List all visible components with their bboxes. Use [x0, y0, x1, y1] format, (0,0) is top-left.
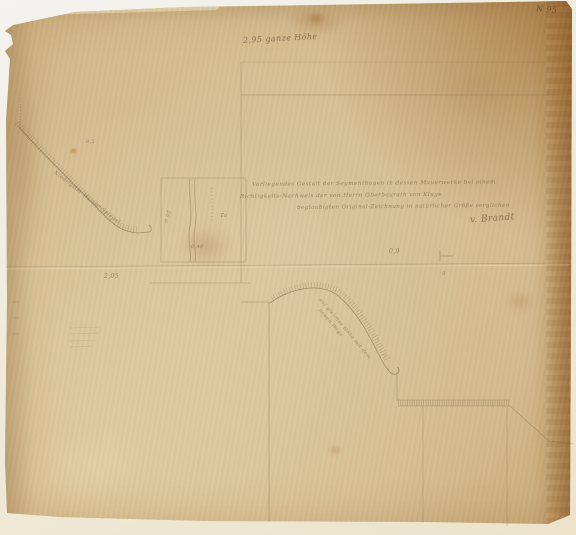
right-edge-band [546, 1, 572, 530]
scanned-drawing-sheet: N 95 2,95 ganze Höhe Vorliegendes Gestal… [0, 0, 576, 535]
dim-2-05: 2,05 [104, 273, 119, 280]
dim-0-5: 0,5 [86, 139, 95, 145]
paper-texture [5, 1, 572, 530]
dim-9: 9 [442, 271, 446, 277]
dim-0-9: 0,9 [389, 248, 400, 255]
stain-upper-right-soft [435, 61, 525, 121]
gauge-mark-label: Ta [220, 213, 227, 219]
stain-top-center-dark [307, 12, 325, 24]
stain-right-middle [505, 289, 535, 313]
stain-bottom-center [328, 444, 343, 456]
stain-red-dot [70, 148, 77, 154]
archive-number: N 95 [536, 4, 558, 14]
aged-paper [5, 1, 572, 530]
light-patch-bottom-left [20, 426, 150, 511]
top-edge-sliver [9, 1, 219, 16]
shade-left-edge [11, 56, 43, 266]
stain-smudge-midleft [180, 226, 232, 266]
dim-0-48: 0,48 [191, 244, 204, 250]
